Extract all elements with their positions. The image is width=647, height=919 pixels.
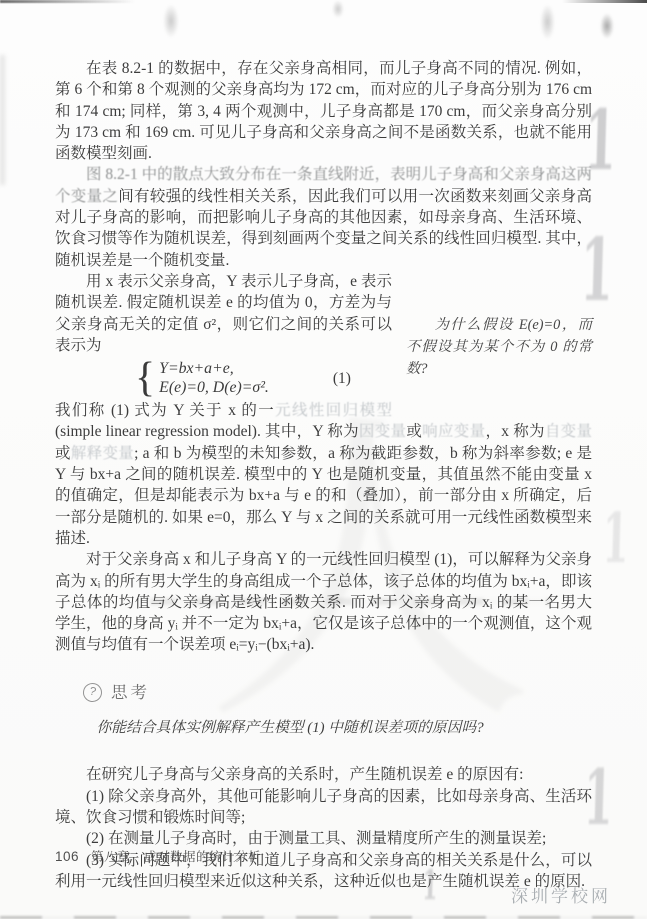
chapter-title: 成对数据的统计分析 — [144, 847, 261, 865]
scan-smudge — [600, 13, 614, 39]
paragraph-error-causes-intro: 在研究儿子身高与父亲身高的关系时，产生随机误差 e 的原因有: — [55, 764, 592, 785]
text-run: (simple linear regression model). 其中，Y 称… — [55, 423, 359, 440]
margin-note: 为什么假设 E(e)=0，而不假设其为某个不为 0 的常数? — [392, 271, 592, 402]
equation-line-1: Y=bx+a+e, — [159, 359, 269, 378]
ghost-digit-artifact: 1 — [601, 505, 629, 573]
page-footer: 106 第八章 成对数据的统计分析 — [55, 847, 261, 865]
chapter-label: 第八章 — [91, 847, 130, 865]
site-watermark: 深圳学校网 — [511, 882, 611, 907]
equation-lines: Y=bx+a+e,E(e)=0, D(e)=σ². — [159, 359, 269, 397]
scan-edge-artifact — [562, 0, 647, 3]
think-section: ? 思考 你能结合具体实例解释产生模型 (1) 中随机误差项的原因吗? — [55, 682, 592, 740]
term-response-variable: 响应变量 — [422, 423, 485, 440]
term-simple-linear-regression-model: 元线性回归模型 — [275, 402, 392, 419]
scan-edge-artifact — [0, 55, 5, 185]
margin-note-text: 为什么假设 E(e)=0，而不假设其为某个不为 0 的常数? — [406, 317, 592, 377]
error-causes-block: 在研究儿子身高与父亲身高的关系时，产生随机误差 e 的原因有: (1) 除父亲身… — [55, 764, 592, 892]
term-dependent-variable: 因变量 — [359, 423, 406, 440]
think-heading: ? 思考 — [83, 682, 592, 703]
text-run: ，x 称为 — [485, 423, 544, 440]
paragraph-continuation: 间有较强的线性相关关系，因此我们可以用一次函数来刻画父亲身高对儿子身高的影响，而… — [55, 188, 592, 269]
term-explanatory-variable: 解释变量 — [71, 445, 134, 462]
page-number: 106 — [55, 849, 79, 864]
scan-edge-artifact — [0, 0, 135, 3]
textbook-page: 1 1 1 1 1 人 在表 8.2-1 的数据中，存在父亲身高相同，而儿子身高… — [0, 0, 647, 919]
equation-number: (1) — [333, 370, 351, 387]
error-cause-item: (1) 除父亲身高外，其他可能影响儿子身高的因素，比如母亲身高、生活环境、饮食习… — [55, 786, 592, 829]
paragraph-scatter-linear-relation: 图 8.2-1 中的散点大致分布在一条直线附近，表明儿子身高和父亲身高这两个变量… — [55, 164, 592, 270]
equation-line-2: E(e)=0, D(e)=σ². — [159, 378, 269, 397]
term-independent-variable: 自变量 — [545, 423, 592, 440]
paragraph-heights-example: 在表 8.2-1 的数据中，存在父亲身高相同，而儿子身高不同的情况. 例如，第 … — [55, 58, 592, 164]
think-label: 思考 — [111, 682, 150, 703]
brace-glyph: { — [135, 355, 155, 401]
text-run: 或 — [55, 445, 71, 462]
scan-smudge — [540, 4, 555, 40]
think-question: 你能结合具体实例解释产生模型 (1) 中随机误差项的原因吗? — [55, 718, 592, 739]
page-content: 在表 8.2-1 的数据中，存在父亲身高相同，而儿子身高不同的情况. 例如，第 … — [55, 58, 592, 892]
question-circle-icon: ? — [81, 681, 104, 704]
scan-smudge — [163, 4, 179, 38]
text-run: 我们称 (1) 式为 Y 关于 x 的一 — [55, 402, 275, 419]
text-run: 或 — [406, 423, 422, 440]
scan-smudge — [332, 0, 344, 18]
text-run: ; a 和 b 为模型的未知参数，a 称为截距参数，b 称为斜率参数; e 是 … — [55, 445, 592, 547]
paragraph-subpopulation-interpretation: 对于父亲身高 x 和儿子身高 Y 的一元线性回归模型 (1)，可以解释为父亲身高… — [55, 549, 592, 655]
paragraph-model-definition: 我们称 (1) 式为 Y 关于 x 的一元线性回归模型 (simple line… — [55, 400, 592, 549]
